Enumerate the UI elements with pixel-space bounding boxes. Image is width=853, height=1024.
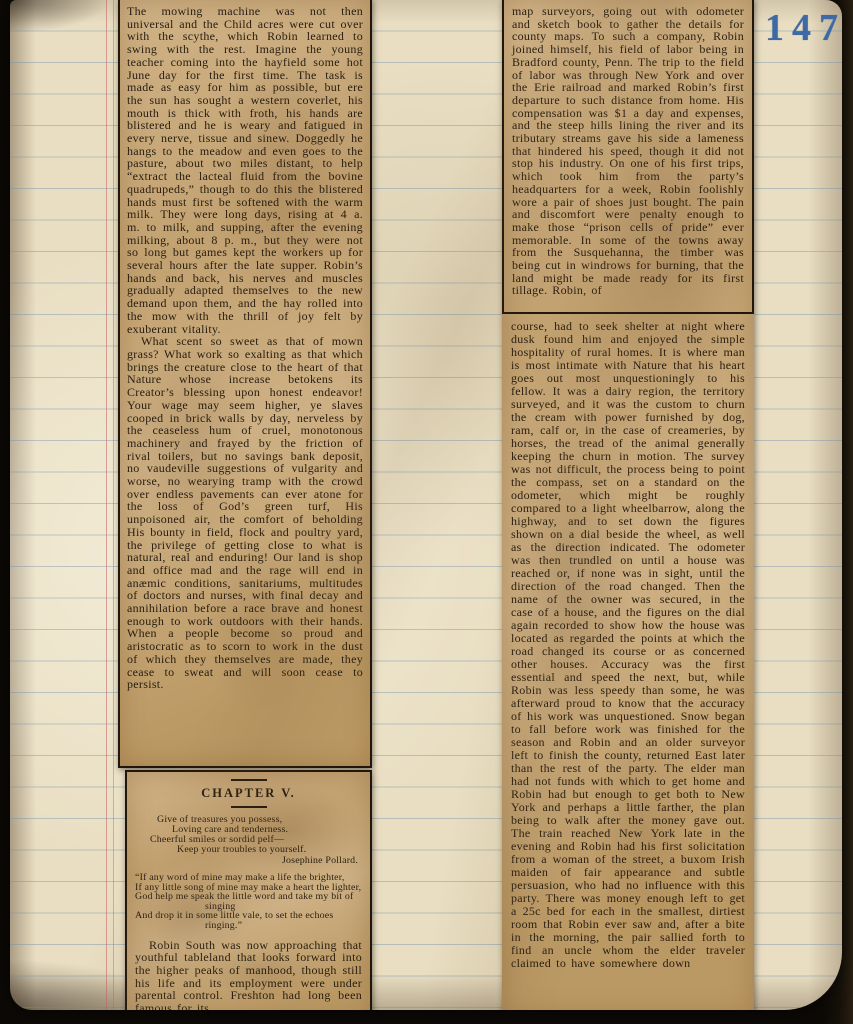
- survey-boxed-text: map surveyors, going out with odometer a…: [502, 0, 754, 314]
- chapter-heading: CHAPTER V.: [135, 786, 362, 801]
- margin-line: [106, 0, 114, 1010]
- notebook-page: 147 The mowing machine was not then univ…: [10, 0, 842, 1010]
- page-number: 147: [765, 6, 842, 50]
- news-clipping-survey: map surveyors, going out with odometer a…: [502, 0, 754, 1010]
- epigraph-poem: Give of treasures you possess, Loving ca…: [135, 815, 362, 866]
- news-clipping-mowing: The mowing machine was not then universa…: [118, 0, 372, 768]
- survey-continuation-text: course, had to seek shelter at night whe…: [502, 314, 754, 970]
- news-clipping-chapter: CHAPTER V. Give of treasures you possess…: [125, 770, 372, 1010]
- poem-line: Keep your troubles to yourself.: [177, 845, 362, 855]
- quote-line: And drop it in some little vale, to set …: [135, 911, 362, 930]
- clipping-paragraph: The mowing machine was not then universa…: [127, 5, 363, 335]
- divider-rule: [231, 779, 267, 781]
- epigraph-quote: “If any word of mine may make a life the…: [135, 873, 362, 931]
- divider-rule: [231, 806, 267, 808]
- quote-line: God help me speak the little word and ta…: [135, 892, 362, 911]
- clipping-paragraph: Robin South was now approaching that you…: [135, 939, 362, 1010]
- clipping-paragraph: What scent so sweet as that of mown gras…: [127, 335, 363, 691]
- poem-attribution: Josephine Pollard.: [135, 856, 362, 866]
